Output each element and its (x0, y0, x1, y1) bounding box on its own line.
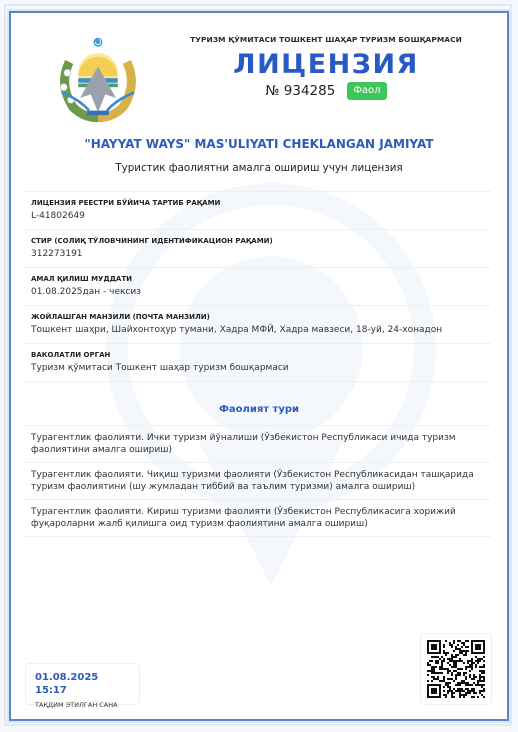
qr-code-icon[interactable] (427, 640, 485, 698)
activity-item: Турагентлик фаолияти. Чиқиш туризми фаол… (25, 462, 491, 499)
license-number: № 934285 (265, 83, 335, 99)
submission-date-card: 01.08.2025 15:17 ТАҚДИМ ЭТИЛГАН САНА (25, 663, 140, 705)
license-fields: ЛИЦЕНЗИЯ РЕЕСТРИ БЎЙИЧА ТАРТИБ РАҚАМИ L-… (25, 191, 491, 382)
field-address: ЖОЙЛАШГАН МАНЗИЛИ (ПОЧТА МАНЗИЛИ) Тошкен… (25, 305, 491, 343)
activity-item: Турагентлик фаолияти. Ички туризм йўнали… (25, 425, 491, 462)
field-label: ВАКОЛАТЛИ ОРГАН (31, 350, 485, 360)
document-title: ЛИЦЕНЗИЯ (161, 49, 491, 81)
status-badge: Фаол (347, 82, 386, 100)
field-value: Тошкент шаҳри, Шайхонтоҳур тумани, Хадра… (31, 323, 485, 337)
activities-list: Турагентлик фаолияти. Ички туризм йўнали… (25, 425, 491, 537)
field-tin: СТИР (СОЛИҚ ТЎЛОВЧИНИНГ ИДЕНТИФИКАЦИОН Р… (25, 229, 491, 267)
field-label: АМАЛ ҚИЛИШ МУДДАТИ (31, 274, 485, 284)
activity-item: Турагентлик фаолияти. Кириш туризми фаол… (25, 499, 491, 537)
field-label: ЖОЙЛАШГАН МАНЗИЛИ (ПОЧТА МАНЗИЛИ) (31, 312, 485, 322)
activities-title: Фаолият тури (11, 404, 507, 415)
field-value: Туризм қўмитаси Тошкент шаҳар туризм бош… (31, 361, 485, 375)
field-value: L-41802649 (31, 209, 485, 223)
license-document: ТУРИЗМ ҚЎМИТАСИ ТОШКЕНТ ШАҲАР ТУРИЗМ БОШ… (9, 11, 509, 721)
header: ТУРИЗМ ҚЎМИТАСИ ТОШКЕНТ ШАҲАР ТУРИЗМ БОШ… (161, 35, 491, 100)
field-validity: АМАЛ ҚИЛИШ МУДДАТИ 01.08.2025дан - чекси… (25, 267, 491, 305)
submission-date-label: ТАҚДИМ ЭТИЛГАН САНА (35, 701, 130, 709)
field-authority: ВАКОЛАТЛИ ОРГАН Туризм қўмитаси Тошкент … (25, 343, 491, 382)
field-label: СТИР (СОЛИҚ ТЎЛОВЧИНИНГ ИДЕНТИФИКАЦИОН Р… (31, 236, 485, 246)
license-subtitle: Туристик фаолиятни амалга ошириш учун ли… (11, 162, 507, 174)
submission-date: 01.08.2025 15:17 (35, 671, 130, 697)
field-registry-number: ЛИЦЕНЗИЯ РЕЕСТРИ БЎЙИЧА ТАРТИБ РАҚАМИ L-… (25, 191, 491, 229)
company-name: "HAYYAT WAYS" MAS'ULIYATI CHEKLANGAN JAM… (11, 137, 507, 151)
issuing-authority: ТУРИЗМ ҚЎМИТАСИ ТОШКЕНТ ШАҲАР ТУРИЗМ БОШ… (161, 35, 491, 44)
field-label: ЛИЦЕНЗИЯ РЕЕСТРИ БЎЙИЧА ТАРТИБ РАҚАМИ (31, 198, 485, 208)
field-value: 312273191 (31, 247, 485, 261)
field-value: 01.08.2025дан - чексиз (31, 285, 485, 299)
state-emblem-icon (53, 35, 143, 125)
qr-code-card[interactable] (420, 633, 492, 705)
